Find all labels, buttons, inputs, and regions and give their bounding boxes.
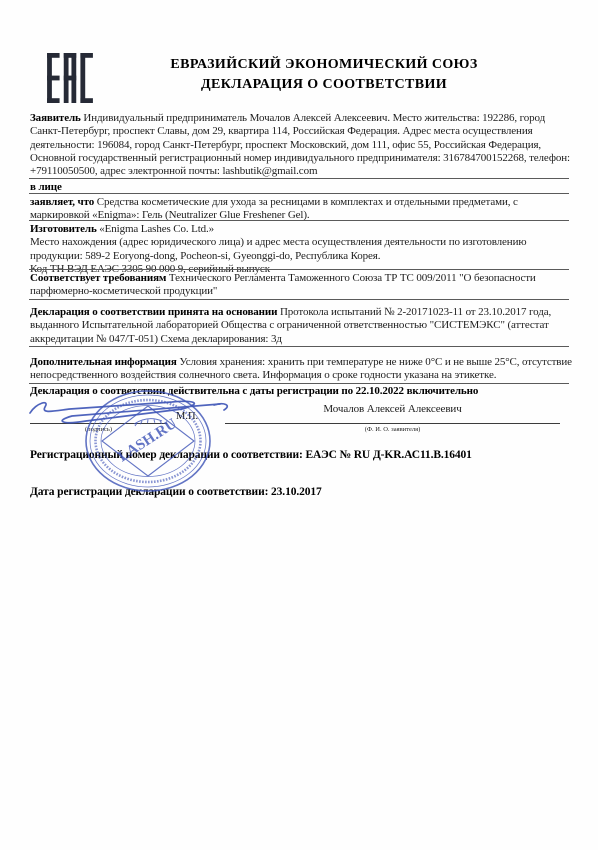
declares-section: заявляет, что Средства косметические для… xyxy=(30,196,578,223)
title-line-1: ЕВРАЗИЙСКИЙ ЭКОНОМИЧЕСКИЙ СОЮЗ xyxy=(60,55,588,75)
manufacturer-name-row: Изготовитель «Enigma Lashes Co. Ltd.» xyxy=(30,223,578,236)
rule-2 xyxy=(29,193,569,194)
declares-text: Средства косметические для ухода за ресн… xyxy=(30,196,518,221)
declares-label: заявляет, что xyxy=(30,196,94,208)
basis-label: Декларация о соответствии принята на осн… xyxy=(30,306,277,318)
in-person-label: в лице xyxy=(30,181,62,193)
document-page: ЕВРАЗИЙСКИЙ ЭКОНОМИЧЕСКИЙ СОЮЗ ДЕКЛАРАЦИ… xyxy=(0,0,598,850)
document-title: ЕВРАЗИЙСКИЙ ЭКОНОМИЧЕСКИЙ СОЮЗ ДЕКЛАРАЦИ… xyxy=(60,55,588,95)
rule-5 xyxy=(29,299,569,300)
complies-label: Соответствует требованиям xyxy=(30,272,166,284)
applicant-label: Заявитель xyxy=(30,112,81,124)
applicant-text: Индивидуальный предприниматель Мочалов А… xyxy=(30,112,570,177)
registration-date-value: 23.10.2017 xyxy=(268,486,321,498)
rule-7 xyxy=(29,383,569,384)
signature-line-right xyxy=(225,423,560,424)
rule-6 xyxy=(29,346,569,347)
rule-1 xyxy=(29,178,569,179)
handwritten-signature xyxy=(24,393,242,437)
manufacturer-name: «Enigma Lashes Co. Ltd.» xyxy=(97,223,214,235)
fullname-caption: (Ф. И. О. заявителя) xyxy=(225,426,560,433)
manufacturer-address: Место нахождения (адрес юридического лиц… xyxy=(30,236,578,263)
manufacturer-label: Изготовитель xyxy=(30,223,97,235)
additional-info-section: Дополнительная информация Условия хранен… xyxy=(30,356,578,383)
applicant-fullname: Мочалов Алексей Алексеевич xyxy=(225,403,560,415)
rule-4 xyxy=(29,269,569,270)
applicant-section: Заявитель Индивидуальный предприниматель… xyxy=(30,112,578,178)
title-line-2: ДЕКЛАРАЦИЯ О СООТВЕТСТВИИ xyxy=(60,75,588,95)
basis-section: Декларация о соответствии принята на осн… xyxy=(30,306,578,346)
registration-number-value: ЕАЭС № RU Д-KR.АС11.В.16401 xyxy=(303,449,472,461)
complies-section: Соответствует требованиям Технического Р… xyxy=(30,272,578,299)
additional-info-label: Дополнительная информация xyxy=(30,356,177,368)
rule-3 xyxy=(29,220,569,221)
